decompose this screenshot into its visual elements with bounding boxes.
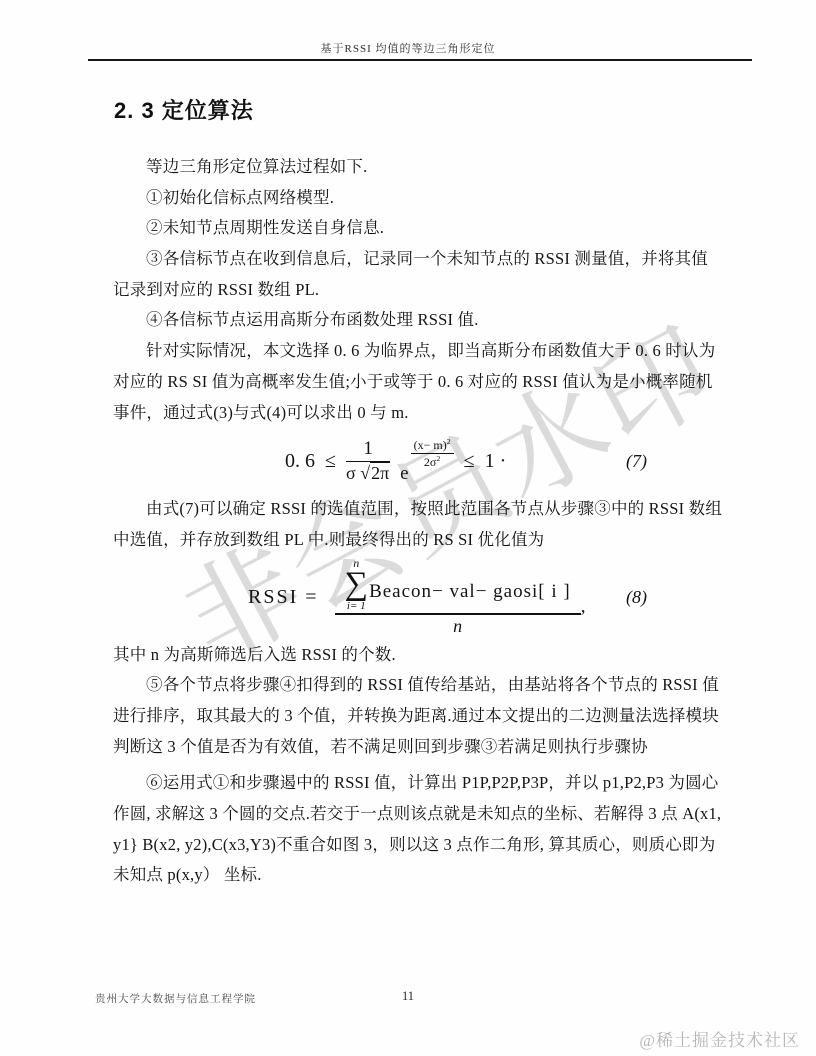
body-line: 进行排序，取其最大的 3 个值，并转换为距离.通过本文提出的二边测量法选择模块 bbox=[113, 701, 707, 732]
section-heading: 2. 3 定位算法 bbox=[114, 94, 254, 125]
euler-e: e bbox=[400, 463, 408, 484]
body-line: 记录到对应的 RSSI 数组 PL. bbox=[113, 275, 707, 306]
leq-symbol: ≤ bbox=[464, 450, 475, 473]
eq7-rhs: 1 · bbox=[485, 450, 507, 473]
body-line: 等边三角形定位算法过程如下. bbox=[113, 152, 707, 183]
body-line: 其中 n 为高斯筛选后入选 RSSI 的个数. bbox=[113, 640, 707, 671]
body-line: 作圆, 求解这 3 个圆的交点.若交于一点则该点就是未知点的坐标、若解得 3 点… bbox=[113, 799, 707, 830]
body-line: 对应的 RS SI 值为高概率发生值;小于或等于 0. 6 对应的 RSSI 值… bbox=[113, 367, 707, 398]
eq8-lhs: RSSI = bbox=[248, 586, 319, 609]
body-line-step4: ④各信标节点运用高斯分布函数处理 RSSI 值. bbox=[113, 305, 707, 336]
equation-7-label: (7) bbox=[626, 451, 647, 472]
document-page: 非会员水印 基于RSSI 均值的等边三角形定位 2. 3 定位算法 等边三角形定… bbox=[0, 0, 816, 1056]
eq7-fraction-numerator: 1 bbox=[346, 438, 390, 462]
equation-8: RSSI = n ∑ i= 1 Beacon− val− gaosi[ i ] … bbox=[113, 556, 707, 640]
exp-den-base: 2σ bbox=[424, 455, 436, 469]
equation-8-label: (8) bbox=[626, 587, 647, 608]
equation-7: 0. 6 ≤ 1 σ √2π e(x− m)22σ2 ≤ 1 · (7) bbox=[113, 428, 707, 494]
body-line-step2: ②未知节点周期性发送自身信息. bbox=[113, 213, 707, 244]
exp-num-base: (x− m) bbox=[414, 438, 447, 452]
eq8-fraction: n ∑ i= 1 Beacon− val− gaosi[ i ] n bbox=[335, 557, 581, 638]
eq8-fraction-numerator: n ∑ i= 1 Beacon− val− gaosi[ i ] bbox=[335, 557, 581, 615]
body-line: 未知点 p(x,y） 坐标. bbox=[113, 860, 707, 891]
eq8-fraction-denominator: n bbox=[453, 615, 462, 636]
exp-den-sup: 2 bbox=[436, 454, 440, 463]
page-number: 11 bbox=[0, 989, 816, 1004]
eq7-exp-term: e(x− m)22σ2 bbox=[400, 437, 453, 485]
body-line: 判断这 3 个值是否为有效值，若不满足则回到步骤③若满足则执行步骤协 bbox=[113, 732, 707, 763]
body-text: 等边三角形定位算法过程如下. ①初始化信标点网络模型. ②未知节点周期性发送自身… bbox=[113, 152, 707, 891]
body-line: 由式(7)可以确定 RSSI 的选值范围，按照此范围各节点从步骤③中的 RSSI… bbox=[113, 494, 707, 525]
radical: √2π bbox=[360, 463, 390, 484]
body-line: y1} B(x2, y2),C(x3,Y3)不重合如图 3，则以这 3 点作二角… bbox=[113, 830, 707, 861]
body-line-step1: ①初始化信标点网络模型. bbox=[113, 183, 707, 214]
body-line: 针对实际情况，本文选择 0. 6 为临界点，即当高斯分布函数值大于 0. 6 时… bbox=[113, 336, 707, 367]
eq8-comma: , bbox=[581, 596, 586, 618]
eq7-exponent-fraction: (x− m)22σ2 bbox=[411, 437, 454, 470]
body-line: 中选值，并存放到数组 PL 中.则最终得出的 RS SI 优化值为 bbox=[113, 525, 707, 556]
body-line-step3: ③各信标节点在收到信息后，记录同一个未知节点的 RSSI 测量值，并将其值 bbox=[113, 244, 707, 275]
summation-argument: Beacon− val− gaosi[ i ] bbox=[369, 581, 571, 603]
running-header-title: 基于RSSI 均值的等边三角形定位 bbox=[0, 40, 816, 56]
summation-lower-limit: i= 1 bbox=[347, 600, 366, 612]
eq7-lhs: 0. 6 bbox=[285, 450, 315, 473]
leq-symbol: ≤ bbox=[325, 450, 336, 473]
summation-symbol: ∑ bbox=[345, 569, 369, 600]
header-rule bbox=[88, 59, 752, 61]
eq7-fraction: 1 σ √2π bbox=[346, 438, 390, 484]
summation: n ∑ i= 1 bbox=[345, 557, 369, 612]
radical-sign: √ bbox=[360, 463, 370, 483]
body-line-step6: ⑥运用式①和步骤遏中的 RSSI 值，计算出 P1P,P2P,P3P，并以 p1… bbox=[113, 768, 707, 799]
brand-watermark: @稀土掘金技术社区 bbox=[639, 1026, 800, 1051]
body-line-step5: ⑤各个节点将步骤④扣得到的 RSSI 值传给基站，由基站将各个节点的 RSSI … bbox=[113, 670, 707, 701]
eq7-exponent-numerator: (x− m)2 bbox=[411, 437, 454, 454]
radicand: 2π bbox=[370, 462, 390, 483]
sigma-symbol: σ bbox=[346, 463, 356, 483]
exp-num-sup: 2 bbox=[447, 437, 451, 446]
eq7-exponent-denominator: 2σ2 bbox=[411, 454, 454, 470]
eq7-fraction-denominator: σ √2π bbox=[346, 462, 390, 484]
body-line: 事件，通过式(3)与式(4)可以求出 0 与 m. bbox=[113, 398, 707, 429]
